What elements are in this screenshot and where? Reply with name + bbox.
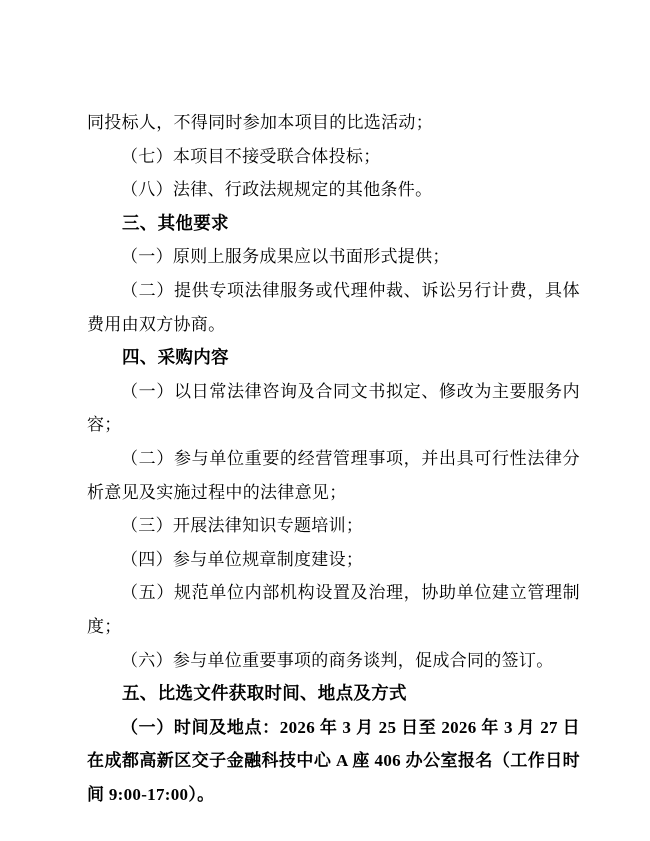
section-heading-four-procurement-content: 四、采购内容	[87, 341, 580, 375]
list-item-seven: （七）本项目不接受联合体投标；	[87, 140, 580, 174]
procurement-item-three: （三）开展法律知识专题培训；	[87, 509, 580, 543]
document-body: 同投标人，不得同时参加本项目的比选活动； （七）本项目不接受联合体投标； （八）…	[87, 106, 580, 811]
other-requirements-item-one: （一）原则上服务成果应以书面形式提供；	[87, 240, 580, 274]
document-page: 同投标人，不得同时参加本项目的比选活动； （七）本项目不接受联合体投标； （八）…	[0, 0, 650, 841]
procurement-item-five: （五）规范单位内部机构设置及治理，协助单位建立管理制度；	[87, 576, 580, 643]
procurement-item-six: （六）参与单位重要事项的商务谈判，促成合同的签订。	[87, 644, 580, 678]
section-heading-five-document-acquisition: 五、比选文件获取时间、地点及方式	[87, 677, 580, 711]
acquisition-time-and-place: （一）时间及地点：2026 年 3 月 25 日至 2026 年 3 月 27 …	[87, 711, 580, 812]
procurement-item-four: （四）参与单位规章制度建设；	[87, 543, 580, 577]
paragraph-continuation: 同投标人，不得同时参加本项目的比选活动；	[87, 106, 580, 140]
section-heading-three-other-requirements: 三、其他要求	[87, 207, 580, 241]
procurement-item-one: （一）以日常法律咨询及合同文书拟定、修改为主要服务内容；	[87, 375, 580, 442]
procurement-item-two: （二）参与单位重要的经营管理事项，并出具可行性法律分析意见及实施过程中的法律意见…	[87, 442, 580, 509]
other-requirements-item-two: （二）提供专项法律服务或代理仲裁、诉讼另行计费，具体费用由双方协商。	[87, 274, 580, 341]
list-item-eight: （八）法律、行政法规规定的其他条件。	[87, 173, 580, 207]
